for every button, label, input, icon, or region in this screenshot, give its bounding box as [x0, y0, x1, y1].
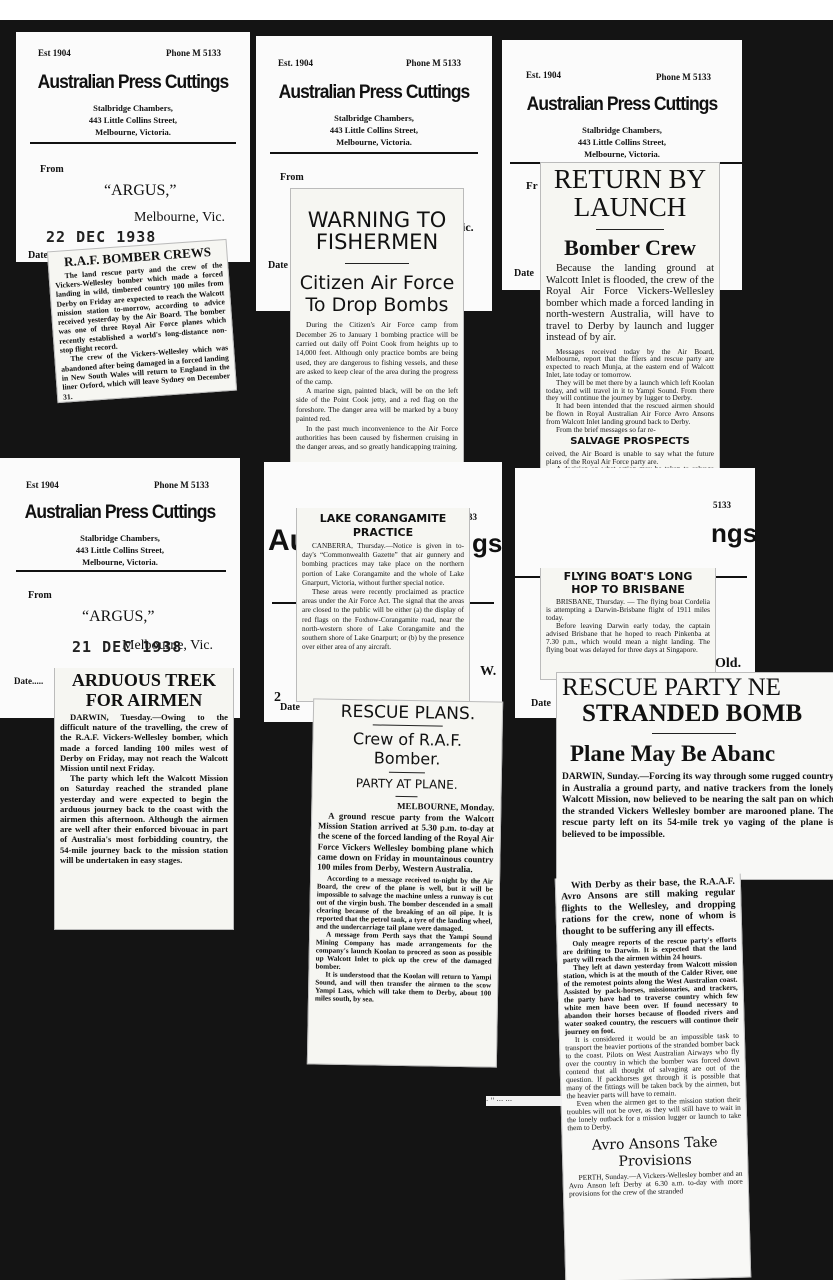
headline: RESCUE PARTY NE	[562, 675, 833, 701]
address-line: Melbourne, Victoria.	[0, 556, 240, 568]
headline: WARNING TO	[296, 209, 458, 231]
address-line: Stalbridge Chambers,	[256, 112, 492, 124]
headline: STRANDED BOMB	[562, 701, 833, 727]
address-line: 443 Little Collins Street,	[16, 114, 250, 126]
headline: FLYING BOAT'S LONG	[546, 570, 710, 583]
fragment-text: ngs	[711, 518, 757, 549]
divider	[30, 142, 236, 144]
paragraph: It had been intended that the rescued ai…	[546, 402, 714, 425]
subheadline: Plane May Be Abanc	[562, 740, 833, 768]
clipping-rescue-plans: RESCUE PLANS. Crew of R.A.F. Bomber. PAR…	[307, 698, 503, 1067]
lead-paragraph: DARWIN, Sunday.—Forcing its way through …	[562, 772, 833, 841]
paragraph: CANBERRA, Thursday.—Notice is given in t…	[302, 542, 464, 588]
date-stamp: 22 DEC 1938	[46, 228, 156, 246]
paragraph: Even when the airmen get to the mission …	[567, 1096, 742, 1133]
fragment-text: Fr	[526, 180, 538, 192]
paragraph: During the Citizen's Air Force camp from…	[296, 320, 458, 386]
paragraph: It is understood that the Koolan will re…	[315, 971, 492, 1006]
slip-phone: Phone M 5133	[656, 72, 711, 82]
divider	[596, 229, 663, 230]
paragraph: They left at dawn yesterday from Walcott…	[563, 960, 739, 1037]
paragraph: Before leaving Darwin early today, the c…	[546, 622, 710, 654]
slip-est: Est. 1904	[278, 58, 313, 68]
clipping-arduous-trek: ARDUOUS TREK FOR AIRMEN DARWIN, Tuesday.…	[54, 668, 234, 930]
fragment-text: Old.	[715, 656, 741, 672]
date-stamp: 21 DEC 1938	[72, 638, 182, 656]
paragraph: With Derby as their base, the R.A.A.F. A…	[561, 876, 736, 938]
top-margin	[0, 0, 833, 22]
slip-from: From	[40, 164, 64, 175]
divider	[345, 263, 410, 264]
slip-date-label: Date	[268, 260, 288, 271]
paragraph: A marine sign, painted black, will be on…	[296, 386, 458, 424]
paragraph: It is considered it would be an impossib…	[565, 1032, 741, 1101]
slip-from: From	[280, 172, 304, 183]
paragraph: The party which left the Walcott Mission…	[60, 773, 228, 865]
paragraph: According to a message received to-night…	[316, 875, 493, 934]
torn-paper-strip: · '' ··· ···	[486, 1096, 562, 1106]
paragraph: DARWIN, Tuesday.—Owing to the difficult …	[60, 712, 228, 773]
headline: PRACTICE	[302, 526, 464, 540]
slip-brand: Australian Press Cuttings	[265, 82, 482, 104]
slip-address: Stalbridge Chambers, 443 Little Collins …	[0, 532, 240, 568]
address-line: Melbourne, Victoria.	[256, 136, 492, 148]
divider	[389, 772, 424, 774]
slip-address: Stalbridge Chambers, 443 Little Collins …	[502, 124, 742, 160]
slip-date-label: Date	[280, 702, 300, 713]
address-line: 443 Little Collins Street,	[256, 124, 492, 136]
headline: LAKE CORANGAMITE	[302, 512, 464, 526]
slip-date-label: Date	[514, 268, 534, 279]
divider	[270, 152, 478, 154]
fragment-text: W.	[480, 664, 496, 680]
address-line: 443 Little Collins Street,	[0, 544, 240, 556]
subheadline: PARTY AT PLANE.	[319, 775, 495, 793]
paragraph: In the past much inconvenience to the Ai…	[296, 424, 458, 452]
paragraph: A message from Perth says that the Yampi…	[315, 931, 492, 974]
slip-brand: Australian Press Cuttings	[512, 94, 733, 116]
slip-est: Est. 1904	[526, 70, 561, 80]
address-line: Stalbridge Chambers,	[0, 532, 240, 544]
slip-phone: Phone M 5133	[154, 480, 209, 490]
address-line: Stalbridge Chambers,	[16, 102, 250, 114]
headline: FOR AIRMEN	[60, 690, 228, 710]
slip-brand: Australian Press Cuttings	[25, 72, 240, 94]
slip-brand: Australian Press Cuttings	[10, 502, 231, 524]
paragraph: PERTH, Sunday.—A Vickers-Wellesley bombe…	[568, 1170, 743, 1199]
paragraph: A ground rescue party from the Walcott M…	[317, 810, 494, 874]
paragraph: ceived, the Air Board is unable to say w…	[546, 450, 714, 466]
paragraph: BRISBANE, Thursday. — The flying boat Co…	[546, 598, 710, 622]
slip-address: Stalbridge Chambers, 443 Little Collins …	[256, 112, 492, 148]
address-line: Melbourne, Victoria.	[502, 148, 742, 160]
lead-paragraph: Because the landing ground at Walcott In…	[546, 263, 714, 344]
address-line: Stalbridge Chambers,	[502, 124, 742, 136]
address-line: 443 Little Collins Street,	[502, 136, 742, 148]
paragraph: Messages received today by the Air Board…	[546, 348, 714, 379]
slip-paper: “ARGUS,”	[104, 182, 176, 200]
clipping-raf-bomber-crews: R.A.F. BOMBER CREWS The land rescue part…	[47, 239, 237, 403]
fragment-text: gs	[472, 528, 502, 559]
headline: RESCUE PLANS.	[320, 701, 496, 724]
clipping-rescue-party-stranded-bomber: RESCUE PARTY NE STRANDED BOMB Plane May …	[556, 672, 833, 880]
divider	[652, 733, 736, 734]
headline: HOP TO BRISBANE	[546, 583, 710, 596]
slip-address: Stalbridge Chambers, 443 Little Collins …	[16, 102, 250, 138]
subheadline: Citizen Air Force	[296, 272, 458, 294]
divider	[396, 796, 417, 797]
slip-paper: “ARGUS,”	[82, 608, 154, 626]
slip-phone: Phone M 5133	[406, 58, 461, 68]
slip-est: Est 1904	[26, 480, 59, 490]
paragraph: They will be met there by a launch which…	[546, 379, 714, 402]
paragraph: These areas were recently proclaimed as …	[302, 588, 464, 652]
slip-date-label: Date	[28, 250, 48, 261]
headline: FISHERMEN	[296, 231, 458, 253]
headline: LAUNCH	[546, 193, 714, 221]
subheadline: Bomber.	[319, 747, 495, 769]
subheadline: Bomber Crew	[546, 236, 714, 259]
slip-date-label: Date	[531, 698, 551, 709]
subheadline: To Drop Bombs	[296, 294, 458, 316]
headline: RETURN BY	[546, 165, 714, 193]
clipping-flying-boat: FLYING BOAT'S LONG HOP TO BRISBANE BRISB…	[540, 568, 716, 680]
divider	[16, 570, 226, 572]
slip-from: From	[28, 590, 52, 601]
fragment-text: 5133	[713, 500, 731, 510]
clipping-lake-corangamite: LAKE CORANGAMITE PRACTICE CANBERRA, Thur…	[296, 508, 470, 702]
address-line: Melbourne, Victoria.	[16, 126, 250, 138]
section-heading: SALVAGE PROSPECTS	[546, 437, 714, 448]
paragraph: From the brief messages so far re-	[546, 426, 714, 434]
clipping-rescue-party-column: With Derby as their base, the R.A.A.F. A…	[555, 874, 752, 1280]
slip-city: Melbourne, Vic.	[134, 210, 225, 226]
slip-est: Est 1904	[38, 48, 71, 58]
paragraph: The land rescue party and the crew of th…	[54, 260, 227, 355]
divider	[373, 724, 443, 726]
slip-date-label: Date.....	[14, 676, 43, 686]
slip-phone: Phone M 5133	[166, 48, 221, 58]
headline: ARDUOUS TREK	[60, 670, 228, 690]
